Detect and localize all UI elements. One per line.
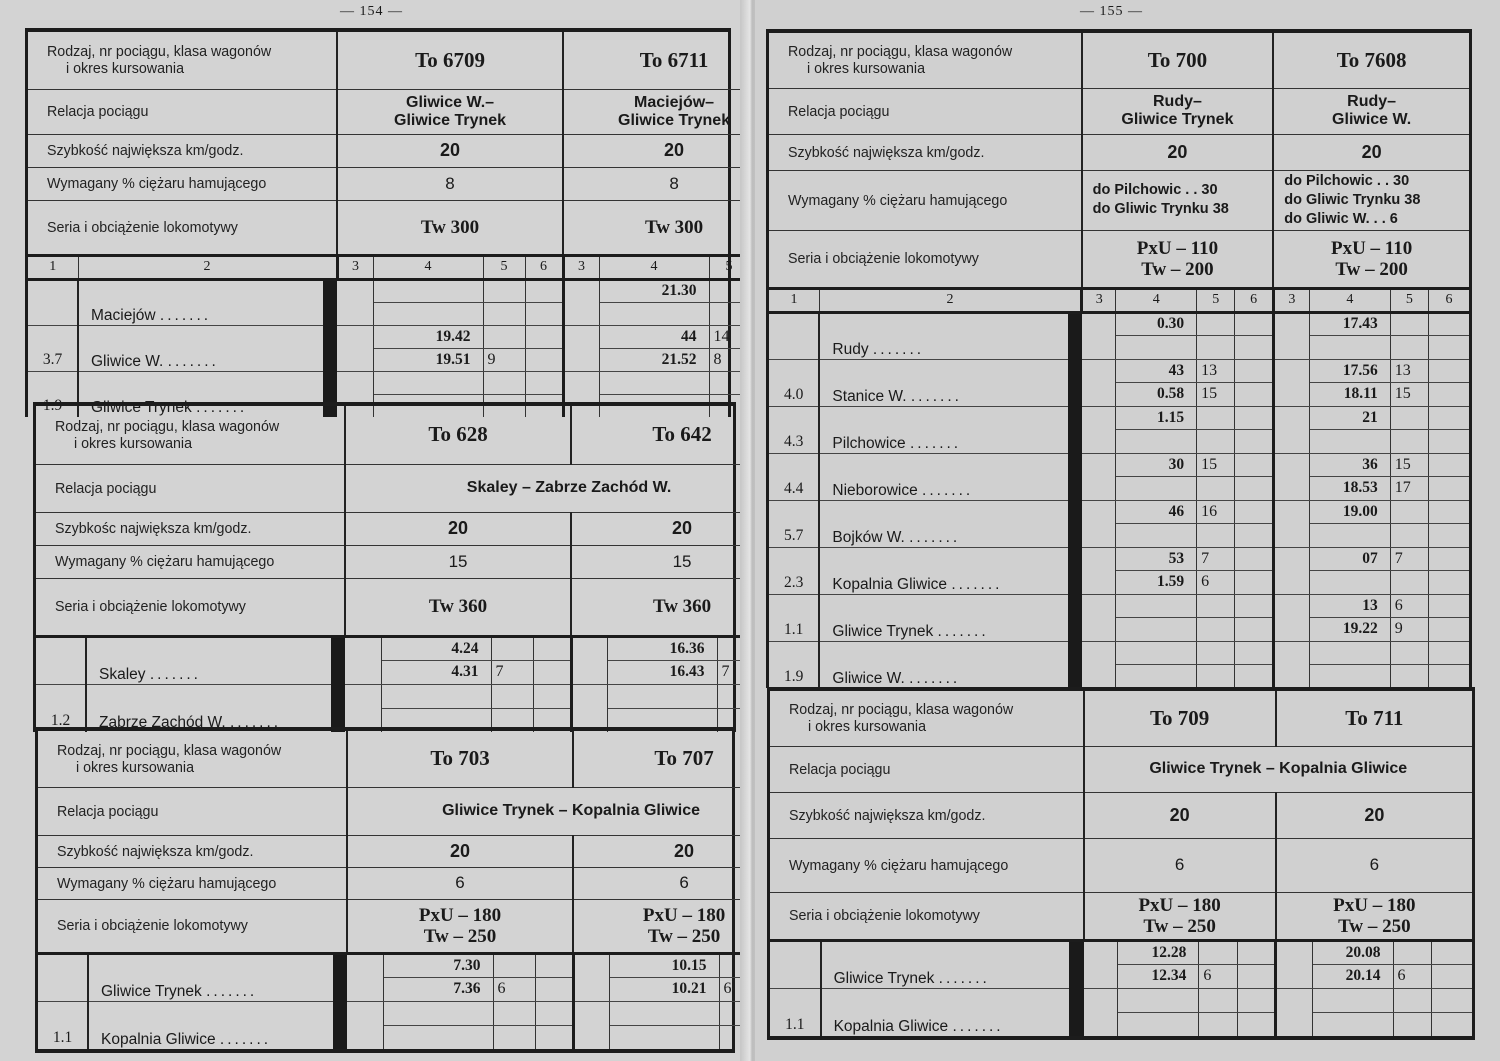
empty-cell bbox=[563, 279, 599, 302]
stop-duration bbox=[1390, 641, 1428, 665]
separator-bar bbox=[1068, 453, 1082, 500]
time-cell bbox=[1116, 430, 1197, 454]
time-cell: 19.42 bbox=[373, 325, 483, 348]
time-cell: 07 bbox=[1310, 547, 1391, 571]
stop-duration bbox=[1197, 430, 1235, 454]
time-cell bbox=[1116, 524, 1197, 548]
brake-weight-value: 8 bbox=[337, 167, 563, 200]
stop-duration: 17 bbox=[1390, 477, 1428, 501]
time-cell: 7.36 bbox=[383, 977, 493, 1001]
distance-km bbox=[38, 953, 88, 1001]
stop-duration: 6 bbox=[1199, 964, 1237, 988]
empty-cell bbox=[1429, 312, 1469, 336]
empty-cell bbox=[563, 348, 599, 371]
label-train-type: Rodzaj, nr pociągu, klasa wagonówi okres… bbox=[28, 32, 322, 89]
stop-duration bbox=[1197, 594, 1235, 618]
empty-cell bbox=[345, 684, 381, 708]
label-max-speed: Szybkośc największa km/godz. bbox=[36, 512, 330, 545]
stop-duration bbox=[1197, 406, 1235, 430]
empty-cell bbox=[525, 371, 563, 394]
empty-cell bbox=[533, 660, 571, 684]
station-row: 5.7 Bojków W. .......461619.00 bbox=[769, 500, 1469, 524]
station-name: Maciejów ....... bbox=[78, 279, 323, 325]
empty-cell bbox=[1235, 312, 1273, 336]
stop-duration bbox=[1197, 665, 1235, 689]
label-locomotive: Seria i obciążenie lokomotywy bbox=[36, 578, 330, 636]
empty-cell bbox=[1273, 594, 1309, 618]
timetable-to-6709-6711: Rodzaj, nr pociągu, klasa wagonówi okres… bbox=[25, 28, 731, 417]
separator-bar bbox=[1069, 940, 1083, 988]
left-page: — 154 — Rodzaj, nr pociągu, klasa wagonó… bbox=[0, 0, 745, 1061]
empty-cell bbox=[1235, 571, 1273, 595]
empty-cell bbox=[1276, 1012, 1312, 1036]
empty-cell bbox=[1273, 312, 1309, 336]
empty-cell bbox=[1429, 641, 1469, 665]
distance-km: 1.1 bbox=[38, 1001, 88, 1049]
label-max-speed: Szybkość największa km/godz. bbox=[28, 134, 322, 167]
col-num: 5 bbox=[1197, 288, 1235, 312]
empty-cell bbox=[1431, 1012, 1472, 1036]
empty-cell bbox=[535, 1025, 573, 1049]
distance-km: 1.1 bbox=[769, 594, 819, 641]
time-cell: 36 bbox=[1310, 453, 1391, 477]
max-speed-value: 20 bbox=[1276, 792, 1472, 838]
station-name: Stanice W. ....... bbox=[819, 359, 1067, 406]
empty-cell bbox=[573, 1001, 609, 1025]
empty-cell bbox=[571, 636, 607, 660]
empty-cell bbox=[1082, 571, 1116, 595]
station-row: 1.9 Gliwice W. ....... bbox=[769, 641, 1469, 665]
time-cell: 30 bbox=[1116, 453, 1197, 477]
distance-km: 1.9 bbox=[769, 641, 819, 688]
separator-bar bbox=[1068, 547, 1082, 594]
separator-bar bbox=[323, 325, 337, 371]
stop-duration bbox=[1197, 524, 1235, 548]
max-speed-value: 20 bbox=[1082, 134, 1274, 170]
locomotive-value: PxU – 180Tw – 250 bbox=[1276, 892, 1472, 940]
empty-cell bbox=[1237, 940, 1275, 964]
separator-bar bbox=[333, 1001, 347, 1049]
time-cell bbox=[383, 1025, 493, 1049]
station-name: Gliwice Trynek ....... bbox=[821, 940, 1070, 988]
empty-cell bbox=[1084, 964, 1118, 988]
empty-cell bbox=[571, 684, 607, 708]
train-number: To 628 bbox=[345, 406, 571, 464]
distance-km bbox=[769, 312, 819, 359]
time-cell bbox=[381, 684, 491, 708]
label-brake-weight: Wymagany % ciężaru hamującego bbox=[36, 545, 330, 578]
timetable-to-709-711: Rodzaj, nr pociągu, klasa wagonówi okres… bbox=[767, 687, 1475, 1040]
time-cell: 12.34 bbox=[1118, 964, 1199, 988]
time-cell bbox=[607, 684, 717, 708]
station-row: 1.2 Zabrze Zachód W. ....... bbox=[36, 684, 792, 708]
stop-duration: 7 bbox=[491, 660, 533, 684]
station-row: 2.3 Kopalnia Gliwice .......537077 bbox=[769, 547, 1469, 571]
max-speed-value: 20 bbox=[1273, 134, 1469, 170]
time-cell bbox=[1116, 618, 1197, 642]
time-cell bbox=[1310, 571, 1391, 595]
station-name: Gliwice W. ....... bbox=[78, 325, 323, 371]
right-page: — 155 — Rodzaj, nr pociągu, klasa wagonó… bbox=[755, 0, 1500, 1061]
time-cell bbox=[1116, 665, 1197, 689]
empty-cell bbox=[1235, 453, 1273, 477]
empty-cell bbox=[1235, 336, 1273, 360]
empty-cell bbox=[1276, 964, 1312, 988]
time-cell: 19.22 bbox=[1310, 618, 1391, 642]
station-row: 1.9 Gliwice Trynek ....... bbox=[28, 371, 784, 394]
time-cell bbox=[1310, 430, 1391, 454]
empty-cell bbox=[1237, 988, 1275, 1012]
empty-cell bbox=[1082, 430, 1116, 454]
empty-cell bbox=[563, 371, 599, 394]
time-cell bbox=[373, 279, 483, 302]
timetable-to-628-642: Rodzaj, nr pociągu, klasa wagonówi okres… bbox=[33, 402, 736, 732]
locomotive-value: Tw 360 bbox=[345, 578, 571, 636]
empty-cell bbox=[1273, 500, 1309, 524]
station-row: Rudy .......0.3017.43 bbox=[769, 312, 1469, 336]
station-name: Skaley ....... bbox=[86, 636, 331, 684]
empty-cell bbox=[1273, 453, 1309, 477]
time-cell: 16.43 bbox=[607, 660, 717, 684]
empty-cell bbox=[1429, 406, 1469, 430]
locomotive-value: PxU – 110Tw – 200 bbox=[1273, 230, 1469, 288]
empty-cell bbox=[1235, 618, 1273, 642]
empty-cell bbox=[1235, 547, 1273, 571]
col-num: 1 bbox=[769, 288, 819, 312]
brake-weight-value: do Pilchowic . . 30do Gliwic Trynku 38do… bbox=[1273, 170, 1469, 230]
distance-km: 5.7 bbox=[769, 500, 819, 547]
separator-bar bbox=[1068, 641, 1082, 688]
stop-duration: 13 bbox=[1197, 359, 1235, 383]
train-number: To 6709 bbox=[337, 32, 563, 89]
label-brake-weight: Wymagany % ciężaru hamującego bbox=[38, 867, 332, 899]
stop-duration: 15 bbox=[1197, 383, 1235, 407]
time-cell bbox=[1310, 641, 1391, 665]
empty-cell bbox=[1429, 383, 1469, 407]
stop-duration: 6 bbox=[493, 977, 535, 1001]
empty-cell bbox=[1082, 594, 1116, 618]
empty-cell bbox=[337, 348, 373, 371]
col-num: 4 bbox=[599, 255, 709, 279]
empty-cell bbox=[1082, 500, 1116, 524]
time-cell bbox=[1118, 1012, 1199, 1036]
empty-cell bbox=[1429, 524, 1469, 548]
station-name: Pilchowice ....... bbox=[819, 406, 1067, 453]
brake-weight-value: 15 bbox=[345, 545, 571, 578]
stop-duration: 15 bbox=[1390, 383, 1428, 407]
distance-km bbox=[28, 279, 78, 325]
empty-cell bbox=[347, 1025, 383, 1049]
empty-cell bbox=[1273, 641, 1309, 665]
stop-duration bbox=[1199, 1012, 1237, 1036]
stop-duration: 9 bbox=[1390, 618, 1428, 642]
col-num: 4 bbox=[373, 255, 483, 279]
time-cell: 1.59 bbox=[1116, 571, 1197, 595]
stop-duration bbox=[1197, 477, 1235, 501]
stop-duration bbox=[1197, 312, 1235, 336]
empty-cell bbox=[1273, 571, 1309, 595]
empty-cell bbox=[1429, 594, 1469, 618]
train-number: To 7608 bbox=[1273, 33, 1469, 88]
distance-km: 1.2 bbox=[36, 684, 86, 732]
time-cell bbox=[1310, 524, 1391, 548]
empty-cell bbox=[535, 1001, 573, 1025]
stop-duration bbox=[483, 371, 525, 394]
time-cell: 43 bbox=[1116, 359, 1197, 383]
time-cell bbox=[1116, 641, 1197, 665]
empty-cell bbox=[1429, 430, 1469, 454]
empty-cell bbox=[535, 977, 573, 1001]
empty-cell bbox=[1273, 547, 1309, 571]
time-cell bbox=[599, 302, 709, 325]
time-cell bbox=[1116, 477, 1197, 501]
time-cell bbox=[1118, 988, 1199, 1012]
empty-cell bbox=[1429, 359, 1469, 383]
col-num: 5 bbox=[1390, 288, 1428, 312]
label-relation: Relacja pociągu bbox=[769, 88, 1066, 134]
empty-cell bbox=[1082, 383, 1116, 407]
label-brake-weight: Wymagany % ciężaru hamującego bbox=[28, 167, 322, 200]
empty-cell bbox=[345, 636, 381, 660]
empty-cell bbox=[573, 1025, 609, 1049]
locomotive-value: PxU – 180Tw – 250 bbox=[1084, 892, 1276, 940]
empty-cell bbox=[345, 660, 381, 684]
separator-bar bbox=[331, 636, 345, 684]
empty-cell bbox=[1084, 1012, 1118, 1036]
timetable-to-700-7608: Rodzaj, nr pociągu, klasa wagonówi okres… bbox=[766, 29, 1472, 688]
time-cell: 0.30 bbox=[1116, 312, 1197, 336]
empty-cell bbox=[1429, 665, 1469, 689]
stop-duration: 15 bbox=[1197, 453, 1235, 477]
brake-weight-value: 6 bbox=[1084, 838, 1276, 892]
empty-cell bbox=[1235, 665, 1273, 689]
empty-cell bbox=[1082, 665, 1116, 689]
time-cell: 20.08 bbox=[1312, 940, 1393, 964]
timetable-to-703-707: Rodzaj, nr pociągu, klasa wagonówi okres… bbox=[35, 727, 735, 1053]
station-row: 1.1 Kopalnia Gliwice ....... bbox=[38, 1001, 794, 1025]
station-name: Kopalnia Gliwice ....... bbox=[821, 988, 1070, 1036]
empty-cell bbox=[1429, 336, 1469, 360]
stop-duration: 16 bbox=[1197, 500, 1235, 524]
empty-cell bbox=[1082, 641, 1116, 665]
station-name: Gliwice Trynek ....... bbox=[819, 594, 1067, 641]
stop-duration bbox=[1199, 940, 1237, 964]
train-relation: Gliwice Trynek – Kopalnia Gliwice bbox=[347, 787, 794, 835]
station-row: 1.1 Gliwice Trynek .......136 bbox=[769, 594, 1469, 618]
label-locomotive: Seria i obciążenie lokomotywy bbox=[28, 200, 322, 255]
stop-duration bbox=[493, 953, 535, 977]
time-cell bbox=[1310, 665, 1391, 689]
empty-cell bbox=[525, 302, 563, 325]
separator-bar bbox=[1068, 594, 1082, 641]
label-train-type: Rodzaj, nr pociągu, klasa wagonówi okres… bbox=[36, 406, 330, 464]
time-cell bbox=[373, 302, 483, 325]
empty-cell bbox=[1082, 547, 1116, 571]
label-relation: Relacja pociągu bbox=[36, 464, 330, 512]
empty-cell bbox=[337, 371, 373, 394]
brake-weight-value: 6 bbox=[347, 867, 573, 899]
station-row: Maciejów .......21.30 bbox=[28, 279, 784, 302]
column-numbers-row: 1 234563456 bbox=[769, 288, 1469, 312]
empty-cell bbox=[1273, 406, 1309, 430]
empty-cell bbox=[1084, 988, 1118, 1012]
stop-duration bbox=[1390, 430, 1428, 454]
station-row: Gliwice Trynek .......7.3010.15 bbox=[38, 953, 794, 977]
stop-duration bbox=[1197, 618, 1235, 642]
empty-cell bbox=[1429, 571, 1469, 595]
station-row: 4.3 Pilchowice .......1.1521 bbox=[769, 406, 1469, 430]
time-cell: 46 bbox=[1116, 500, 1197, 524]
stop-duration: 7 bbox=[1390, 547, 1428, 571]
col-num: 3 bbox=[563, 255, 599, 279]
col-num: 4 bbox=[1310, 288, 1391, 312]
stop-duration bbox=[1390, 524, 1428, 548]
max-speed-value: 20 bbox=[337, 134, 563, 167]
stop-duration bbox=[491, 636, 533, 660]
time-cell: 19.51 bbox=[373, 348, 483, 371]
page-number: — 154 — bbox=[340, 4, 403, 20]
time-cell: 19.00 bbox=[1310, 500, 1391, 524]
empty-cell bbox=[563, 325, 599, 348]
station-name: Kopalnia Gliwice ....... bbox=[88, 1001, 333, 1049]
empty-cell bbox=[571, 660, 607, 684]
stop-duration bbox=[1390, 312, 1428, 336]
label-locomotive: Seria i obciążenie lokomotywy bbox=[770, 892, 1068, 940]
station-name: Kopalnia Gliwice ....... bbox=[819, 547, 1067, 594]
stop-duration: 9 bbox=[483, 348, 525, 371]
empty-cell bbox=[525, 348, 563, 371]
empty-cell bbox=[1273, 618, 1309, 642]
stop-duration bbox=[483, 279, 525, 302]
empty-cell bbox=[1235, 359, 1273, 383]
time-cell: 53 bbox=[1116, 547, 1197, 571]
empty-cell bbox=[1429, 500, 1469, 524]
stop-duration bbox=[1199, 988, 1237, 1012]
stop-duration bbox=[1390, 665, 1428, 689]
stop-duration: 6 bbox=[1393, 964, 1431, 988]
time-cell bbox=[1312, 988, 1393, 1012]
stop-duration bbox=[1197, 641, 1235, 665]
max-speed-value: 20 bbox=[347, 835, 573, 867]
empty-cell bbox=[1237, 1012, 1275, 1036]
time-cell: 44 bbox=[599, 325, 709, 348]
stop-duration bbox=[1393, 1012, 1431, 1036]
time-cell bbox=[1116, 594, 1197, 618]
label-relation: Relacja pociągu bbox=[38, 787, 332, 835]
empty-cell bbox=[1273, 477, 1309, 501]
time-cell bbox=[1310, 336, 1391, 360]
station-row: 1.1 Kopalnia Gliwice ....... bbox=[770, 988, 1472, 1012]
empty-cell bbox=[1082, 477, 1116, 501]
time-cell: 17.43 bbox=[1310, 312, 1391, 336]
empty-cell bbox=[1235, 383, 1273, 407]
train-number: To 711 bbox=[1276, 691, 1472, 746]
brake-weight-value: 6 bbox=[1276, 838, 1472, 892]
stop-duration: 6 bbox=[1197, 571, 1235, 595]
time-cell: 7.30 bbox=[383, 953, 493, 977]
empty-cell bbox=[1429, 453, 1469, 477]
separator-bar bbox=[1069, 988, 1083, 1036]
station-name: Gliwice W. ....... bbox=[819, 641, 1067, 688]
stop-duration bbox=[493, 1001, 535, 1025]
empty-cell bbox=[525, 279, 563, 302]
max-speed-value: 20 bbox=[345, 512, 571, 545]
train-relation: Skaley – Zabrze Zachód W. bbox=[345, 464, 792, 512]
empty-cell bbox=[1082, 336, 1116, 360]
empty-cell bbox=[1431, 988, 1472, 1012]
separator-bar bbox=[333, 953, 347, 1001]
time-cell: 13 bbox=[1310, 594, 1391, 618]
empty-cell bbox=[1235, 524, 1273, 548]
stop-duration bbox=[483, 302, 525, 325]
empty-cell bbox=[533, 684, 571, 708]
empty-cell bbox=[535, 953, 573, 977]
empty-cell bbox=[563, 302, 599, 325]
stop-duration bbox=[483, 325, 525, 348]
empty-cell bbox=[337, 325, 373, 348]
label-max-speed: Szybkość największa km/godz. bbox=[38, 835, 332, 867]
separator-bar bbox=[1068, 500, 1082, 547]
stop-duration bbox=[491, 684, 533, 708]
distance-km: 4.0 bbox=[769, 359, 819, 406]
stop-duration bbox=[1390, 406, 1428, 430]
label-relation: Relacja pociągu bbox=[28, 89, 322, 134]
distance-km: 1.1 bbox=[770, 988, 821, 1036]
stop-duration: 13 bbox=[1390, 359, 1428, 383]
distance-km: 4.4 bbox=[769, 453, 819, 500]
empty-cell bbox=[1273, 359, 1309, 383]
label-relation: Relacja pociągu bbox=[770, 746, 1068, 792]
separator-bar bbox=[323, 279, 337, 325]
train-number: To 709 bbox=[1084, 691, 1276, 746]
empty-cell bbox=[337, 302, 373, 325]
stop-duration: 15 bbox=[1390, 453, 1428, 477]
time-cell: 21.52 bbox=[599, 348, 709, 371]
label-brake-weight: Wymagany % ciężaru hamującego bbox=[770, 838, 1068, 892]
col-num: 6 bbox=[525, 255, 563, 279]
time-cell bbox=[383, 1001, 493, 1025]
empty-cell bbox=[1082, 406, 1116, 430]
empty-cell bbox=[573, 953, 609, 977]
distance-km: 4.3 bbox=[769, 406, 819, 453]
empty-cell bbox=[1237, 964, 1275, 988]
station-row: 4.0 Stanice W. .......431317.5613 bbox=[769, 359, 1469, 383]
time-cell: 18.11 bbox=[1310, 383, 1391, 407]
time-cell bbox=[1312, 1012, 1393, 1036]
time-cell: 10.15 bbox=[609, 953, 719, 977]
separator-bar bbox=[331, 684, 345, 732]
empty-cell bbox=[347, 953, 383, 977]
empty-cell bbox=[1273, 524, 1309, 548]
col-num: 3 bbox=[1273, 288, 1309, 312]
stop-duration bbox=[1393, 988, 1431, 1012]
stop-duration bbox=[493, 1025, 535, 1049]
stop-duration bbox=[1390, 500, 1428, 524]
time-cell: 17.56 bbox=[1310, 359, 1391, 383]
label-train-type: Rodzaj, nr pociągu, klasa wagonówi okres… bbox=[38, 731, 332, 787]
empty-cell bbox=[1235, 406, 1273, 430]
time-cell bbox=[609, 1025, 719, 1049]
train-relation: Rudy–Gliwice Trynek bbox=[1082, 88, 1274, 134]
col-num: 2 bbox=[819, 288, 1081, 312]
empty-cell bbox=[1429, 547, 1469, 571]
empty-cell bbox=[1431, 940, 1472, 964]
column-numbers-row: 1 234563456 bbox=[28, 255, 784, 279]
time-cell: 4.31 bbox=[381, 660, 491, 684]
empty-cell bbox=[1429, 618, 1469, 642]
time-cell bbox=[599, 371, 709, 394]
empty-cell bbox=[1235, 430, 1273, 454]
